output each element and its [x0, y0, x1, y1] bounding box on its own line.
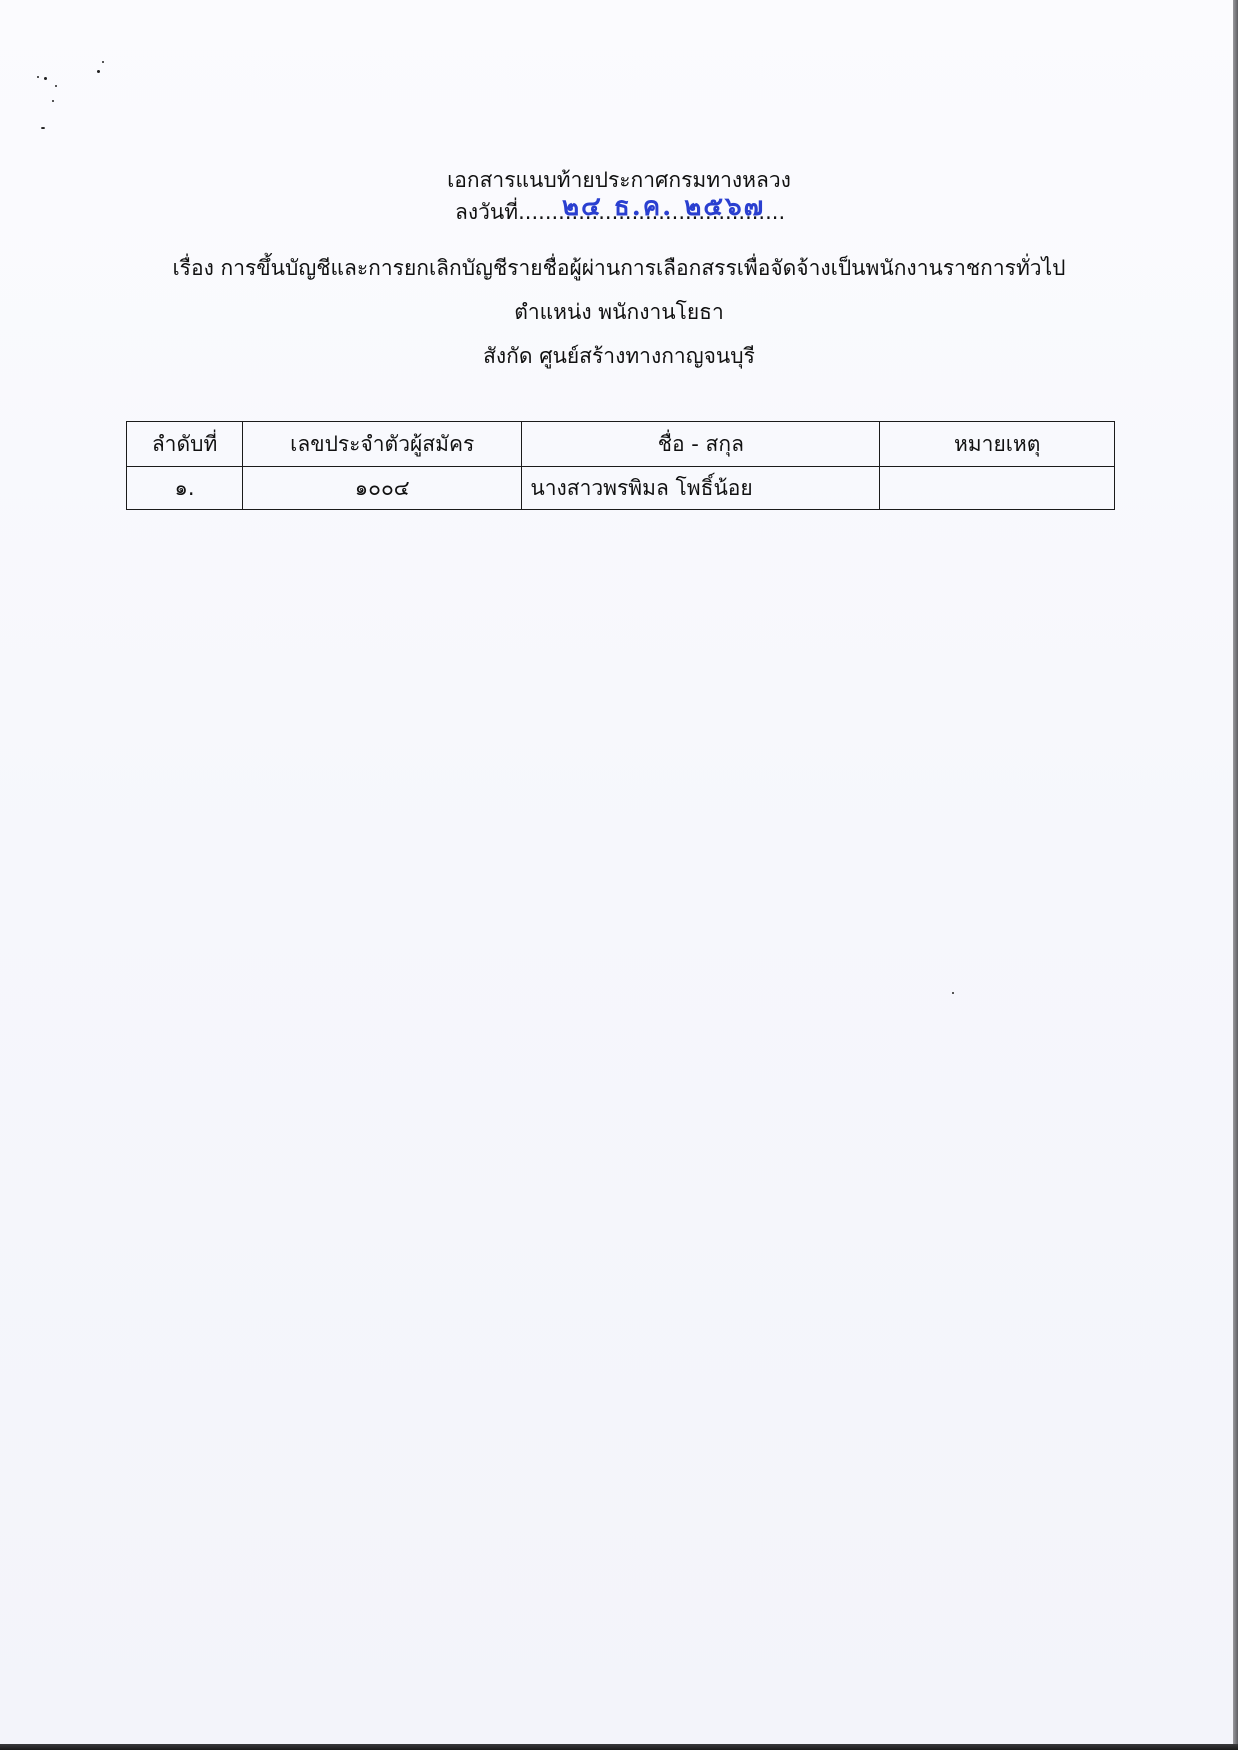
applicant-table: ลำดับที่ เลขประจำตัวผู้สมัคร ชื่อ - สกุล…: [126, 421, 1115, 510]
scan-speck: [41, 127, 45, 129]
column-header-applicant-id: เลขประจำตัวผู้สมัคร: [243, 422, 522, 467]
scan-speck: [37, 76, 39, 78]
scan-speck: [952, 992, 954, 994]
scan-speck: [102, 61, 104, 63]
cell-name: นางสาวพรพิมล โพธิ์น้อย: [522, 467, 880, 510]
column-header-remark: หมายเหตุ: [880, 422, 1115, 467]
handwritten-date: ๒๔ ธ.ค. ๒๕๖๗: [562, 186, 765, 227]
scan-speck: [44, 77, 47, 80]
column-header-order: ลำดับที่: [127, 422, 243, 467]
table-row: ๑. ๑๐๐๔ นางสาวพรพิมล โพธิ์น้อย: [127, 467, 1115, 510]
document-subject: เรื่อง การขึ้นบัญชีและการยกเลิกบัญชีรายช…: [0, 252, 1238, 285]
scan-speck: [52, 100, 54, 102]
cell-remark: [880, 467, 1115, 510]
cell-applicant-id: ๑๐๐๔: [243, 467, 522, 510]
scan-speck: [55, 85, 57, 87]
cell-order: ๑.: [127, 467, 243, 510]
column-header-name: ชื่อ - สกุล: [522, 422, 880, 467]
date-label: ลงวันที่: [455, 200, 518, 224]
position-line: ตำแหน่ง พนักงานโยธา: [0, 296, 1238, 329]
scan-edge-bottom: [0, 1744, 1238, 1750]
scan-edge-right: [1233, 0, 1238, 1750]
affiliation-line: สังกัด ศูนย์สร้างทางกาญจนบุรี: [0, 340, 1238, 373]
scanned-page: เอกสารแนบท้ายประกาศกรมทางหลวง ลงวันที่..…: [0, 0, 1234, 1745]
table-header-row: ลำดับที่ เลขประจำตัวผู้สมัคร ชื่อ - สกุล…: [127, 422, 1115, 467]
scan-speck: [97, 70, 100, 73]
